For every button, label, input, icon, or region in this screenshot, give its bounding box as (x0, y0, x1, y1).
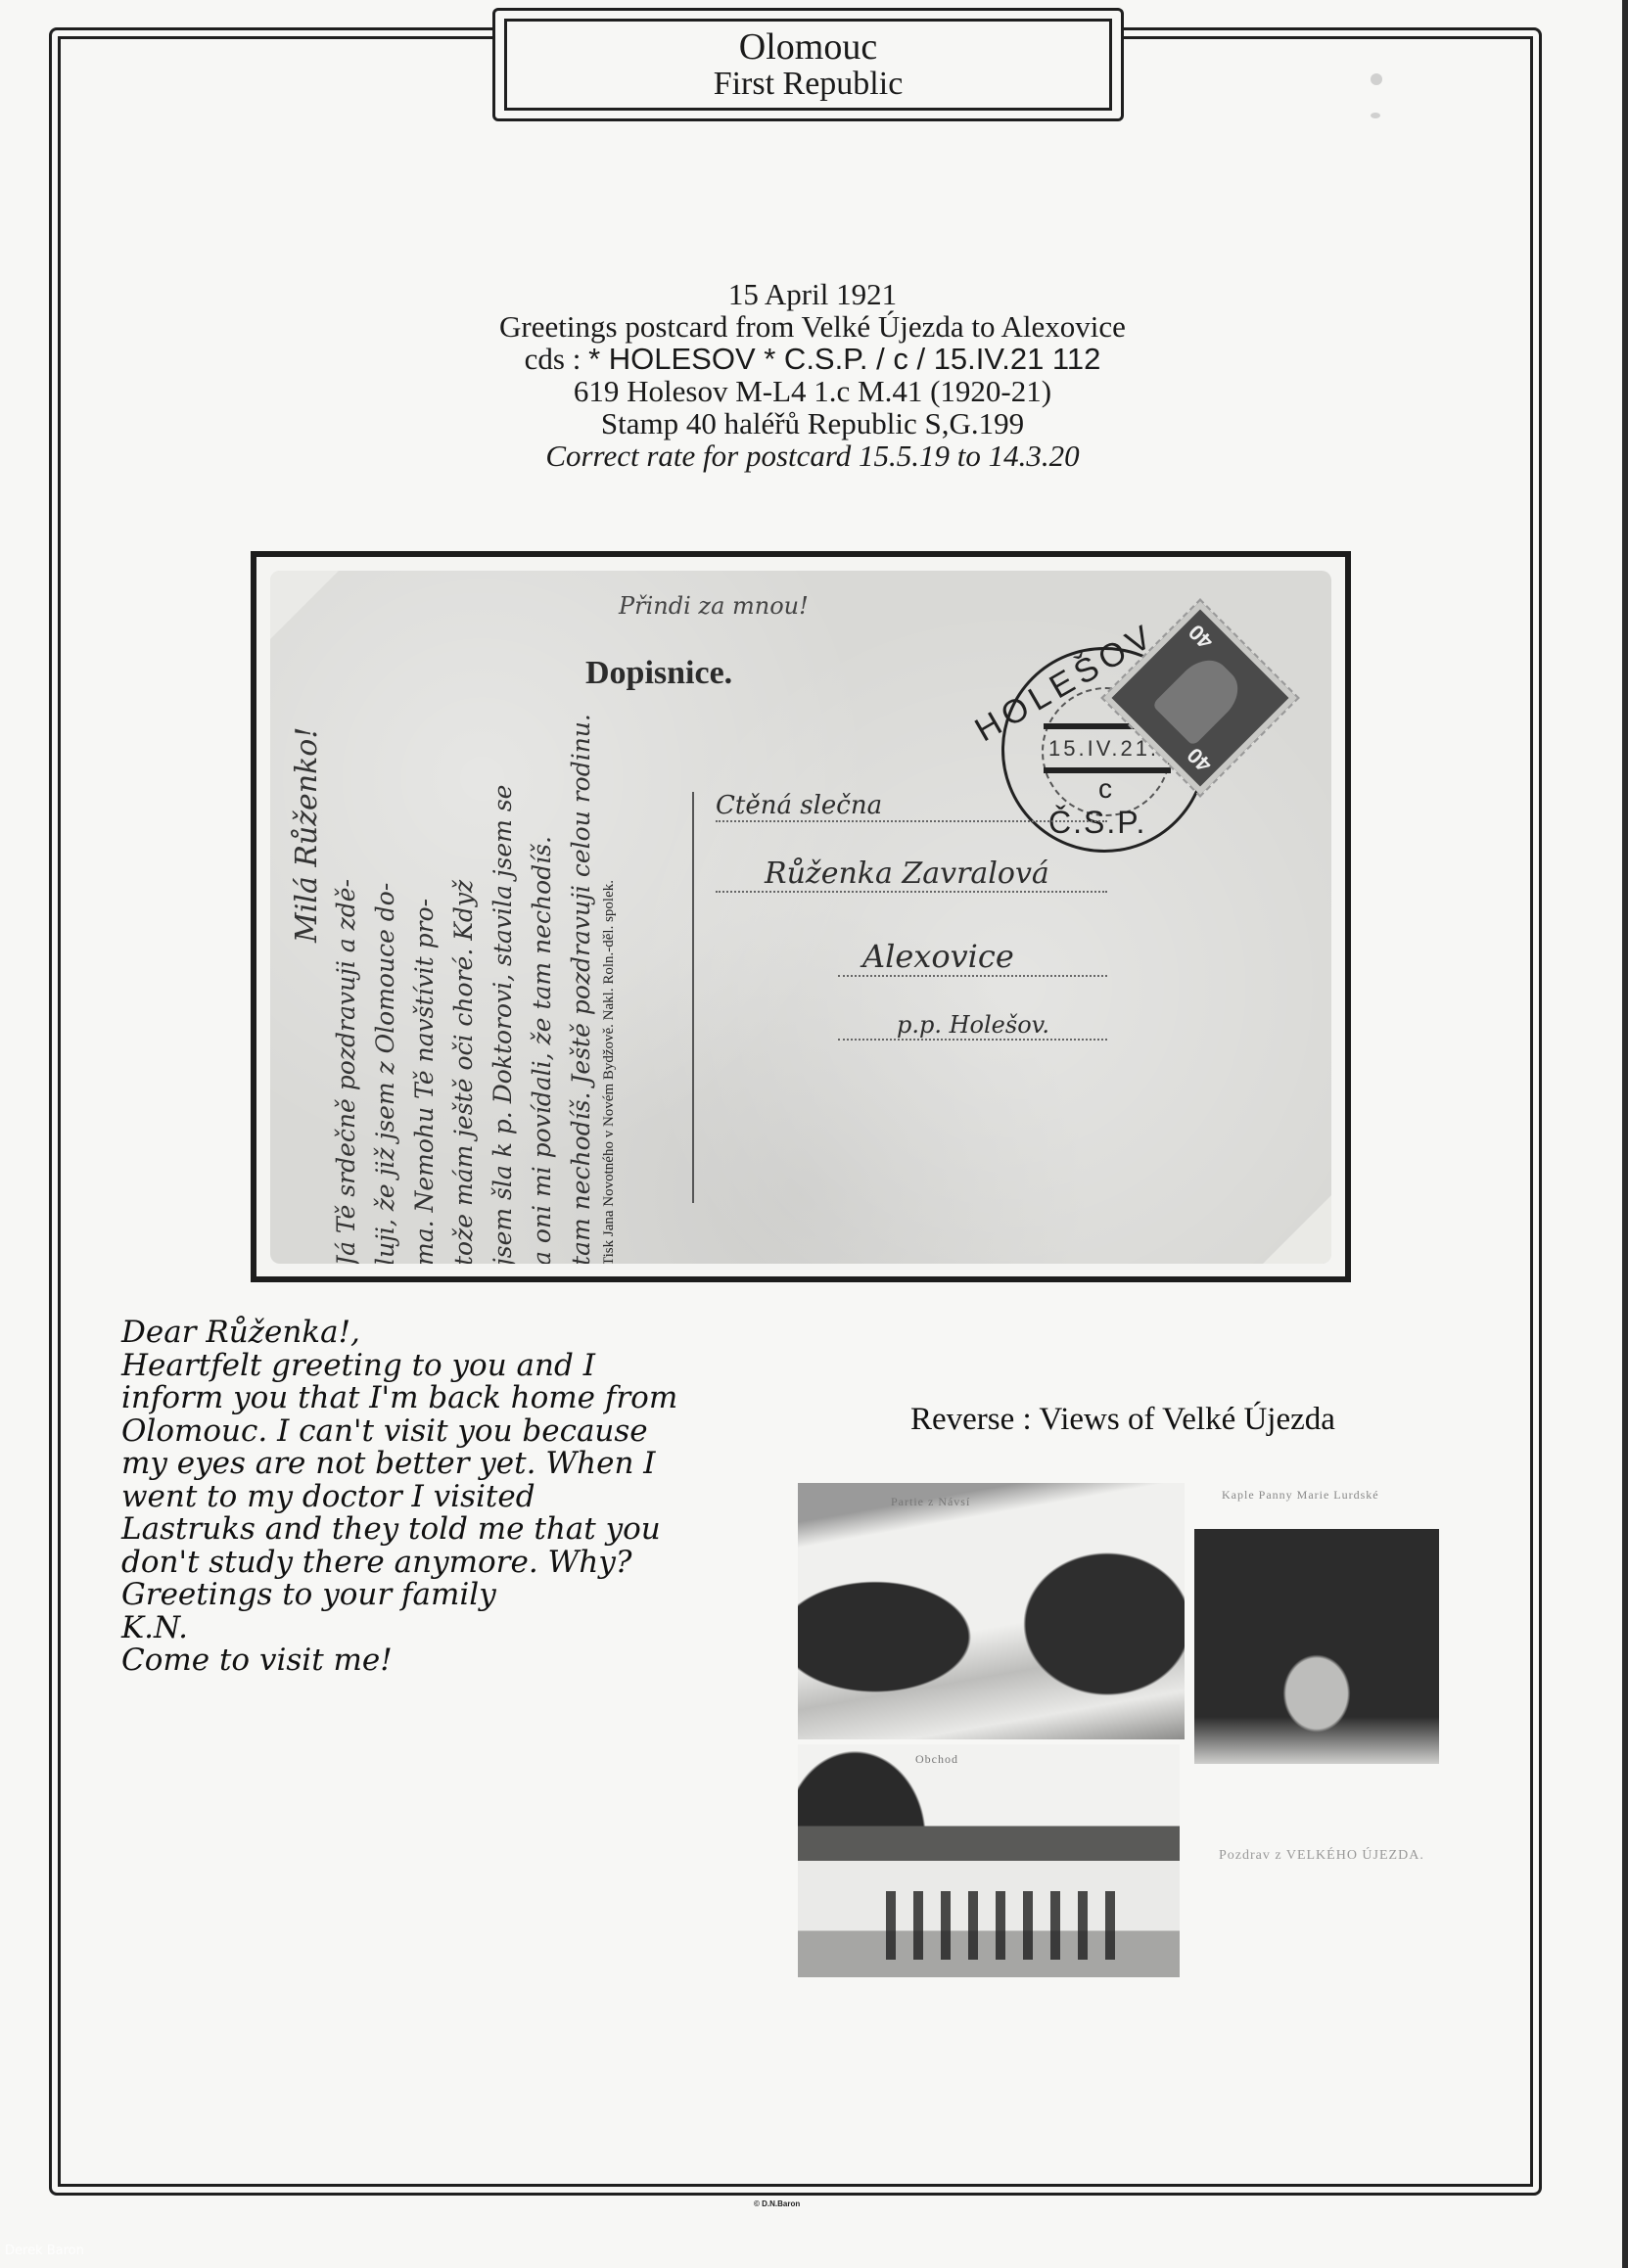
stamp-value: 40 (1184, 619, 1219, 654)
copyright-notice: © D.N.Baron (754, 2199, 800, 2208)
translation-line: Dear Růženka!, (121, 1317, 807, 1350)
view-photo-street: Partie z Návsí (798, 1483, 1185, 1739)
address-salutation: Ctěná slečna (716, 791, 1107, 822)
watermark: Derek Baron (5, 2244, 84, 2258)
page-subtitle: First Republic (714, 67, 904, 102)
message-line: jsem šla k p. Doktorovi, stavila jsem se (484, 678, 523, 1264)
message-line: a oni mi povídali, že tam nechodíš. (523, 678, 562, 1264)
translation-line: Lastruks and they told me that you (121, 1513, 807, 1547)
item-summary: Greetings postcard from Velké Újezda to … (294, 310, 1331, 343)
printer-imprint: Tisk Jana Novotného v Novém Bydžově. Nak… (601, 678, 618, 1264)
catalogue-reference: 619 Holesov M-L4 1.c M.41 (1920-21) (294, 375, 1331, 407)
postcard-top-note: Přindi za mnou! (619, 592, 809, 620)
postcard-mount: Přindi za mnou! Dopisnice. Milá Růženko!… (251, 551, 1351, 1282)
people-figures (886, 1891, 1121, 1960)
reverse-footer-caption: Pozdrav z VELKÉHO ÚJEZDA. (1219, 1848, 1424, 1864)
stamp-figure-icon (1152, 650, 1249, 747)
translation-line: don't study there anymore. Why? (121, 1547, 807, 1580)
message-line: Já Tě srdečně pozdravuji a zdě- (327, 678, 366, 1264)
photo-caption: Kaple Panny Marie Lurdské (1222, 1488, 1379, 1503)
cds-line: cds : * HOLESOV * C.S.P. / c / 15.IV.21 … (294, 343, 1331, 375)
scan-speck (1371, 113, 1380, 118)
message-line: tam nechodíš. Ještě pozdravuji celou rod… (562, 678, 601, 1264)
address-post-office: p.p. Holešov. (838, 1011, 1107, 1041)
message-line: luji, že již jsem z Olomouce do- (366, 678, 405, 1264)
photo-caption: Partie z Návsí (891, 1495, 970, 1509)
scan-speck (1371, 73, 1382, 85)
stamp-value: 40 (1182, 742, 1217, 777)
rate-note: Correct rate for postcard 15.5.19 to 14.… (294, 440, 1331, 472)
message-translation: Dear Růženka!, Heartfelt greeting to you… (121, 1317, 807, 1678)
postcard-front: Přindi za mnou! Dopisnice. Milá Růženko!… (270, 571, 1331, 1264)
translation-line: Heartfelt greeting to you and I (121, 1350, 807, 1383)
cds-value: * HOLESOV * C.S.P. / c / 15.IV.21 112 (588, 342, 1100, 376)
address-name: Růženka Zavralová (716, 856, 1107, 893)
translation-line: Greetings to your family (121, 1579, 807, 1612)
translation-line: Olomouc. I can't visit you because (121, 1415, 807, 1449)
scan-edge (1622, 0, 1628, 2268)
item-description: 15 April 1921 Greetings postcard from Ve… (294, 278, 1331, 472)
photo-caption: Obchod (915, 1752, 958, 1767)
view-photo-shop: Obchod (798, 1744, 1180, 1977)
stamp-description: Stamp 40 haléřů Republic S,G.199 (294, 407, 1331, 440)
translation-line: K.N. (121, 1612, 807, 1645)
reverse-title: Reverse : Views of Velké Újezda (910, 1402, 1335, 1438)
translation-line: Come to visit me! (121, 1644, 807, 1678)
page-title: Olomouc (739, 27, 877, 67)
translation-line: inform you that I'm back home from (121, 1382, 807, 1415)
message-line: ma. Nemohu Tě navštívit pro- (405, 678, 444, 1264)
photo-corner (270, 571, 339, 639)
translation-line: my eyes are not better yet. When I (121, 1448, 807, 1481)
item-date: 15 April 1921 (294, 278, 1331, 310)
translation-line: went to my doctor I visited (121, 1481, 807, 1514)
message-line: tože mám ještě oči choré. Když (444, 678, 484, 1264)
postcard-message: Milá Růženko! Já Tě srdečně pozdravuji a… (288, 678, 699, 1264)
view-photo-chapel (1194, 1529, 1439, 1764)
photo-corner (1263, 1195, 1331, 1264)
address-town: Alexovice (838, 938, 1107, 977)
cds-prefix: cds : (525, 342, 581, 376)
title-box-inner: Olomouc First Republic (504, 19, 1112, 111)
title-box: Olomouc First Republic (492, 8, 1124, 121)
message-greeting: Milá Růženko! (288, 678, 327, 1264)
